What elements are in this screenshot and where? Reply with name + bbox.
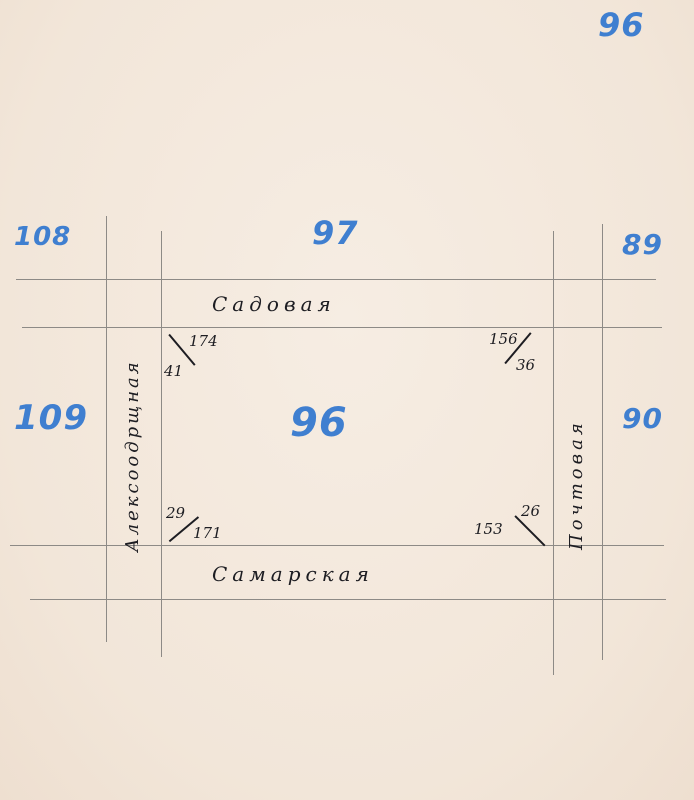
corner-ne-number-top: 156 — [489, 330, 518, 348]
corner-nw-number-bottom: 41 — [164, 362, 183, 380]
street-line-west-outer — [106, 216, 107, 642]
street-line-west-inner — [161, 231, 162, 657]
sheet-number: 96 — [598, 6, 645, 44]
corner-ne-number-bottom: 36 — [516, 356, 535, 374]
street-name-south: Самарская — [212, 562, 374, 586]
street-name-north: Садовая — [212, 292, 336, 316]
street-line-east-outer — [602, 224, 603, 660]
block-number-north-west: 108 — [14, 222, 71, 252]
corner-se-number-right: 26 — [521, 502, 540, 520]
street-line-south-outer — [30, 599, 666, 600]
street-line-east-inner — [553, 231, 554, 675]
street-name-west: Алексоо­дрщная — [122, 359, 143, 552]
block-number-east: 90 — [622, 402, 663, 435]
street-line-north-inner — [22, 327, 662, 328]
corner-se-divider — [514, 516, 545, 547]
corner-sw-number-bottom: 171 — [193, 524, 222, 542]
corner-sw-number-top: 29 — [166, 504, 185, 522]
street-name-east: Почтовая — [566, 419, 587, 550]
corner-se-number-left: 153 — [474, 520, 503, 538]
block-number-north: 97 — [312, 214, 359, 252]
corner-nw-number-top: 174 — [189, 332, 218, 350]
map-sheet: 96 108 97 89 109 96 90 Садовая Самарская… — [0, 0, 694, 800]
street-line-north-outer — [16, 279, 656, 280]
block-number-west: 109 — [14, 398, 88, 438]
block-number-current: 96 — [290, 400, 348, 446]
block-number-north-east: 89 — [622, 228, 663, 261]
